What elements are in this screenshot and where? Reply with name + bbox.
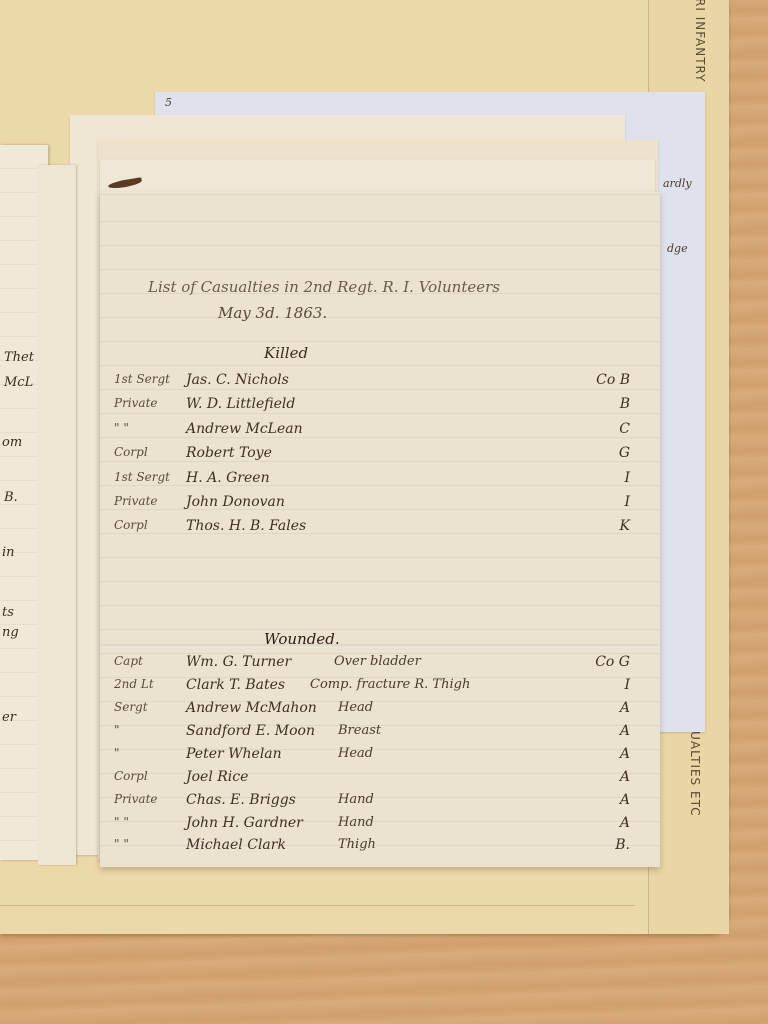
wound-location: Comp. fracture R. Thigh <box>310 677 470 692</box>
wound-location: Head <box>338 746 373 761</box>
company: A <box>620 769 630 785</box>
soldier-name: John H. Gardner <box>186 815 303 831</box>
left-sheet-fragment: ts <box>2 605 14 620</box>
killed-row: Private John Donovan I <box>114 494 644 518</box>
killed-row: 1st Sergt Jas. C. Nichols Co B <box>114 372 644 396</box>
soldier-name: Michael Clark <box>186 837 286 853</box>
left-sheet-fragment: B. <box>4 490 18 505</box>
document-date: May 3d. 1863. <box>218 304 327 322</box>
rank: Private <box>114 396 158 410</box>
killed-row: Private W. D. Littlefield B <box>114 396 644 420</box>
killed-row: Corpl Thos. H. B. Fales K <box>114 518 644 542</box>
company: G <box>619 445 630 461</box>
killed-row: Corpl Robert Toye G <box>114 445 644 469</box>
left-sheet-fragment: ng <box>2 625 19 640</box>
soldier-name: Clark T. Bates <box>186 677 285 693</box>
left-sheet-fragment: in <box>2 545 15 560</box>
rank: " " <box>114 815 129 829</box>
soldier-name: John Donovan <box>186 494 285 510</box>
rank: Capt <box>114 654 143 668</box>
soldier-name: Joel Rice <box>186 769 248 785</box>
company: A <box>620 792 630 808</box>
soldier-name: H. A. Green <box>186 470 270 486</box>
document-title: List of Casualties in 2nd Regt. R. I. Vo… <box>148 278 500 296</box>
soldier-name: W. D. Littlefield <box>186 396 295 412</box>
folder-edge <box>0 905 635 906</box>
soldier-name: Wm. G. Turner <box>186 654 291 670</box>
soldier-name: Andrew McMahon <box>186 700 317 716</box>
rank: " " <box>114 421 129 435</box>
company: Co G <box>595 654 630 670</box>
killed-heading: Killed <box>264 344 308 362</box>
rank: 2nd Lt <box>114 677 154 691</box>
company: I <box>624 677 630 693</box>
company: A <box>620 815 630 831</box>
rank: Sergt <box>114 700 148 714</box>
left-adjacent-sheet-2 <box>38 165 76 865</box>
blue-sheet-note: dge <box>667 242 688 255</box>
wound-location: Over bladder <box>334 654 421 669</box>
rank: Private <box>114 792 158 806</box>
rank: 1st Sergt <box>114 372 170 386</box>
left-sheet-fragment: om <box>2 435 22 450</box>
company: B. <box>615 837 630 853</box>
killed-row: 1st Sergt H. A. Green I <box>114 470 644 494</box>
wounded-row: 2nd Lt Clark T. Bates Comp. fracture R. … <box>114 677 644 701</box>
rank: Corpl <box>114 518 148 532</box>
folder-label-unit: RI INFANTRY <box>693 0 707 82</box>
rank: " <box>114 746 120 760</box>
rank: Private <box>114 494 158 508</box>
left-sheet-fragment: McL <box>4 375 33 390</box>
left-sheet-fragment: Thet <box>4 350 34 365</box>
wounded-row: " " John H. Gardner Hand A <box>114 815 644 839</box>
company: Co B <box>596 372 630 388</box>
rank: Corpl <box>114 445 148 459</box>
blue-sheet-note: 5 <box>165 96 172 109</box>
soldier-name: Chas. E. Briggs <box>186 792 296 808</box>
company: I <box>624 494 630 510</box>
wounded-row: " Peter Whelan Head A <box>114 746 644 770</box>
rank: Corpl <box>114 769 148 783</box>
wound-location: Thigh <box>338 837 376 852</box>
wounded-row: Capt Wm. G. Turner Over bladder Co G <box>114 654 644 678</box>
wounded-row: " " Michael Clark Thigh B. <box>114 837 644 861</box>
company: B <box>620 396 630 412</box>
wounded-row: Sergt Andrew McMahon Head A <box>114 700 644 724</box>
soldier-name: Jas. C. Nichols <box>186 372 289 388</box>
soldier-name: Sandford E. Moon <box>186 723 315 739</box>
wound-location: Hand <box>338 815 374 830</box>
paper-fold <box>100 644 660 648</box>
company: I <box>624 470 630 486</box>
soldier-name: Peter Whelan <box>186 746 282 762</box>
wounded-row: " Sandford E. Moon Breast A <box>114 723 644 747</box>
company: A <box>620 723 630 739</box>
company: A <box>620 746 630 762</box>
wound-location: Hand <box>338 792 374 807</box>
casualty-list-document: List of Casualties in 2nd Regt. R. I. Vo… <box>100 192 660 867</box>
soldier-name: Robert Toye <box>186 445 272 461</box>
company: C <box>619 421 630 437</box>
soldier-name: Thos. H. B. Fales <box>186 518 306 534</box>
blue-sheet-note: ardly <box>663 177 692 190</box>
left-sheet-fragment: er <box>2 710 16 725</box>
rank: " <box>114 723 120 737</box>
company: A <box>620 700 630 716</box>
wounded-row: Private Chas. E. Briggs Hand A <box>114 792 644 816</box>
wound-location: Head <box>338 700 373 715</box>
wound-location: Breast <box>338 723 381 738</box>
wounded-heading: Wounded. <box>264 630 340 648</box>
company: K <box>620 518 630 534</box>
wounded-row: Corpl Joel Rice A <box>114 769 644 793</box>
rank: " " <box>114 837 129 851</box>
killed-row: " " Andrew McLean C <box>114 421 644 445</box>
soldier-name: Andrew McLean <box>186 421 303 437</box>
rank: 1st Sergt <box>114 470 170 484</box>
